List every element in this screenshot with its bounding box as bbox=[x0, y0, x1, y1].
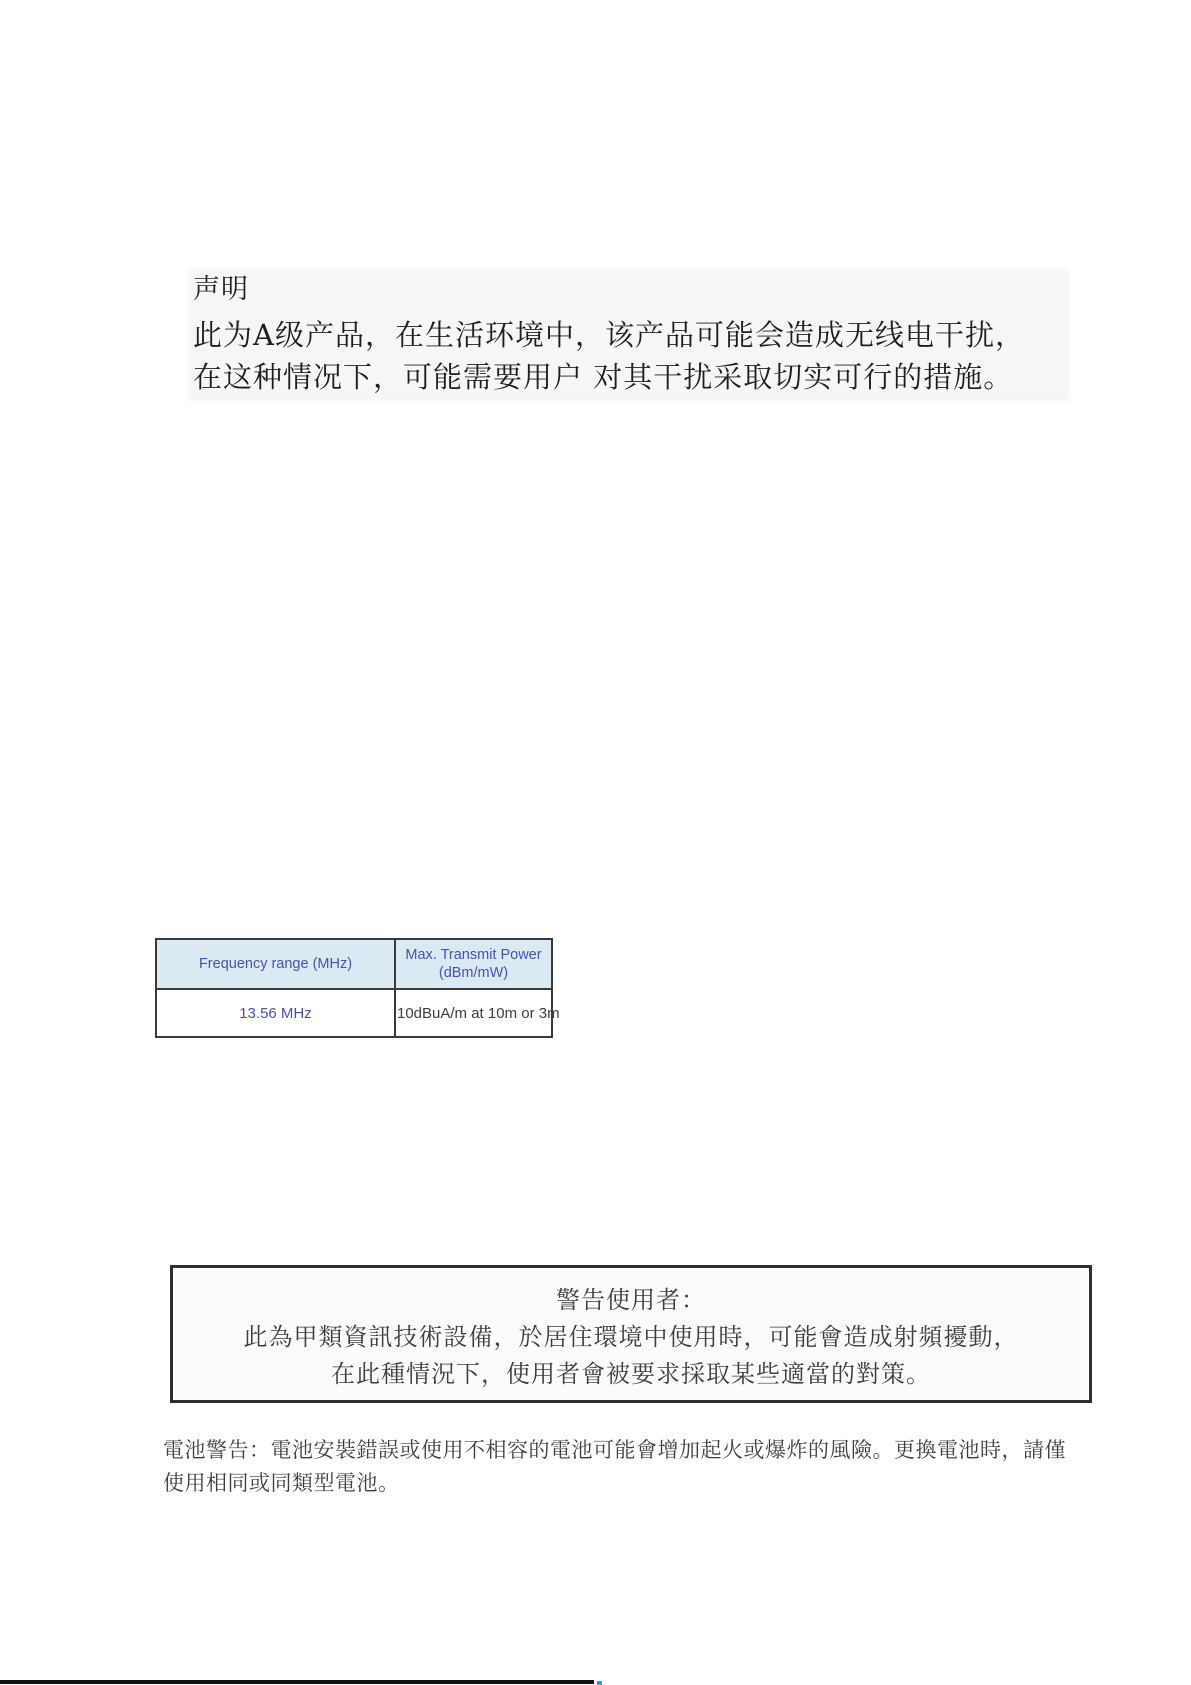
user-warning-line-2: 在此種情況下，使用者會被要求採取某些適當的對策。 bbox=[173, 1356, 1089, 1393]
rf-power-table: Frequency range (MHz) Max. Transmit Powe… bbox=[155, 938, 553, 1038]
manual-page: 声明 此为A级产品，在生活环境中，该产品可能会造成无线电干扰， 在这种情况下，可… bbox=[0, 0, 1191, 1685]
rf-table-data-row: 13.56 MHz 10dBuA/m at 10m or 3m bbox=[156, 989, 552, 1037]
footer-rule bbox=[0, 1680, 594, 1684]
footer-tick-mark bbox=[597, 1681, 602, 1685]
declaration-line-2: 在这种情况下，可能需要用户 对其干扰采取切实可行的措施。 bbox=[193, 356, 1065, 398]
user-warning-title: 警告使用者： bbox=[173, 1282, 1089, 1319]
rf-table-header-power-line2: (dBm/mW) bbox=[398, 964, 549, 982]
declaration-line-1: 此为A级产品，在生活环境中，该产品可能会造成无线电干扰， bbox=[193, 314, 1065, 356]
rf-table-header-row: Frequency range (MHz) Max. Transmit Powe… bbox=[156, 939, 552, 989]
declaration-block: 声明 此为A级产品，在生活环境中，该产品可能会造成无线电干扰， 在这种情况下，可… bbox=[193, 272, 1065, 398]
battery-warning-line-2: 使用相同或同類型電池。 bbox=[163, 1467, 1063, 1500]
declaration-title: 声明 bbox=[193, 272, 1065, 308]
rf-table-cell-frequency: 13.56 MHz bbox=[156, 989, 395, 1037]
rf-table-header-power-line1: Max. Transmit Power bbox=[398, 946, 549, 964]
battery-warning-line-1: 電池警告：電池安裝錯誤或使用不相容的電池可能會增加起火或爆炸的風險。更換電池時，… bbox=[163, 1434, 1063, 1467]
user-warning-box: 警告使用者： 此為甲類資訊技術設備，於居住環境中使用時，可能會造成射頻擾動， 在… bbox=[170, 1265, 1092, 1403]
battery-warning-text: 電池警告：電池安裝錯誤或使用不相容的電池可能會增加起火或爆炸的風險。更換電池時，… bbox=[163, 1434, 1063, 1500]
rf-table-header-frequency: Frequency range (MHz) bbox=[156, 939, 395, 989]
rf-table-cell-power: 10dBuA/m at 10m or 3m bbox=[395, 989, 552, 1037]
rf-table-header-power: Max. Transmit Power (dBm/mW) bbox=[395, 939, 552, 989]
user-warning-line-1: 此為甲類資訊技術設備，於居住環境中使用時，可能會造成射頻擾動， bbox=[173, 1319, 1089, 1356]
